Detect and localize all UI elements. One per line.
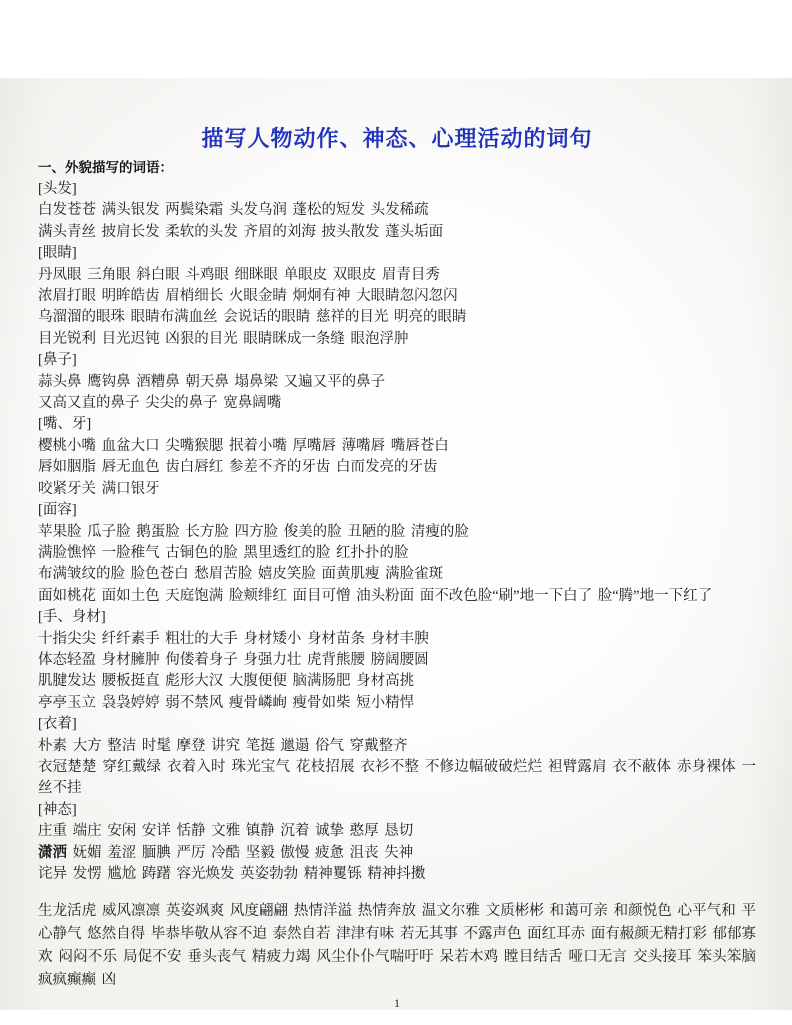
paragraph-gap bbox=[38, 885, 756, 900]
section-heading: 一、外貌描写的词语： bbox=[38, 158, 756, 177]
text-line: 庄重 端庄 安闲 安详 恬静 文雅 镇静 沉着 诚挚 憨厚 恳切 bbox=[38, 821, 756, 842]
text-line: 白发苍苍 满头银发 两鬓染霜 头发乌润 蓬松的短发 头发稀疏 bbox=[38, 200, 756, 221]
text-line: 满头青丝 披肩长发 柔软的头发 齐眉的刘海 披头散发 蓬头垢面 bbox=[38, 222, 756, 243]
document-body: 描写人物动作、神态、心理活动的词句 一、外貌描写的词语： [头发]白发苍苍 满头… bbox=[38, 124, 756, 1013]
text-line: 十指尖尖 纤纤素手 粗壮的大手 身材矮小 身材苗条 身材丰腴 bbox=[38, 629, 756, 650]
text-line: 诧异 发愣 尴尬 踌躇 容光焕发 英姿勃勃 精神矍铄 精神抖擞 bbox=[38, 864, 756, 885]
bold-word: 潇洒 bbox=[38, 845, 67, 861]
text-line: 蒜头鼻 鹰钩鼻 酒糟鼻 朝天鼻 塌鼻梁 又遍又平的鼻子 bbox=[38, 372, 756, 393]
text-line: 丹凤眼 三角眼 斜白眼 斗鸡眼 细眯眼 单眼皮 双眼皮 眉青目秀 bbox=[38, 265, 756, 286]
text-line: 潇洒 妩媚 羞涩 腼腆 严厉 冷酷 坚毅 傲慢 疲惫 沮丧 失神 bbox=[38, 843, 756, 864]
text-line: 乌溜溜的眼珠 眼睛布满血丝 会说话的眼睛 慈祥的目光 明亮的眼睛 bbox=[38, 307, 756, 328]
text-line: [衣着] bbox=[38, 714, 756, 735]
text-line: 目光锐利 目光迟钝 凶狠的目光 眼睛眯成一条缝 眼泡浮肿 bbox=[38, 329, 756, 350]
text-line: 又高又直的鼻子 尖尖的鼻子 宽鼻阔嘴 bbox=[38, 393, 756, 414]
text-line: [鼻子] bbox=[38, 350, 756, 371]
text-line: 苹果脸 瓜子脸 鹅蛋脸 长方脸 四方脸 俊美的脸 丑陋的脸 清瘦的脸 bbox=[38, 522, 756, 543]
closing-paragraph: 生龙活虎 威风凛凛 英姿飒爽 风度翩翩 热情洋溢 热情奔放 温文尔雅 文质彬彬 … bbox=[38, 900, 756, 992]
text-line: 衣冠楚楚 穿红戴绿 衣着入时 珠光宝气 花枝招展 衣衫不整 不修边幅破破烂烂 袒… bbox=[38, 757, 756, 800]
text-line: [神态] bbox=[38, 800, 756, 821]
text-line: [嘴、牙] bbox=[38, 414, 756, 435]
text-line: 朴素 大方 整洁 时髦 摩登 讲究 笔挺 邋遢 俗气 穿戴整齐 bbox=[38, 736, 756, 757]
text-line: 樱桃小嘴 血盆大口 尖嘴猴腮 抿着小嘴 厚嘴唇 薄嘴唇 嘴唇苍白 bbox=[38, 436, 756, 457]
text-line: 面如桃花 面如土色 天庭饱满 脸颊绯红 面目可憎 油头粉面 面不改色脸“刷”地一… bbox=[38, 586, 756, 607]
text-line: 咬紧牙关 满口银牙 bbox=[38, 479, 756, 500]
text-line: 满脸憔悴 一脸稚气 古铜色的脸 黑里透红的脸 红扑扑的脸 bbox=[38, 543, 756, 564]
text-line: 浓眉打眼 明眸皓齿 眉梢细长 火眼金睛 炯炯有神 大眼睛忽闪忽闪 bbox=[38, 286, 756, 307]
text-line: [眼睛] bbox=[38, 243, 756, 264]
text-line: 亭亭玉立 袅袅婷婷 弱不禁风 瘦骨嶙峋 瘦骨如柴 短小精悍 bbox=[38, 693, 756, 714]
body-lines: [头发]白发苍苍 满头银发 两鬓染霜 头发乌润 蓬松的短发 头发稀疏满头青丝 披… bbox=[38, 179, 756, 885]
text-line: [手、身材] bbox=[38, 607, 756, 628]
text-line: 体态轻盈 身材臃肿 佝偻着身子 身强力壮 虎背熊腰 膀阔腰圆 bbox=[38, 650, 756, 671]
page-title: 描写人物动作、神态、心理活动的词句 bbox=[38, 124, 756, 154]
page-number: 1 bbox=[38, 993, 756, 1013]
text-line: 肌腱发达 腰板挺直 彪形大汉 大腹便便 脑满肠肥 身材高挑 bbox=[38, 671, 756, 692]
text-line: [头发] bbox=[38, 179, 756, 200]
text-line: 布满皱纹的脸 脸色苍白 愁眉苦脸 嬉皮笑脸 面黄肌瘦 满脸雀斑 bbox=[38, 564, 756, 585]
text-line: 唇如胭脂 唇无血色 齿白唇红 参差不齐的牙齿 白而发亮的牙齿 bbox=[38, 457, 756, 478]
text-line: [面容] bbox=[38, 500, 756, 521]
